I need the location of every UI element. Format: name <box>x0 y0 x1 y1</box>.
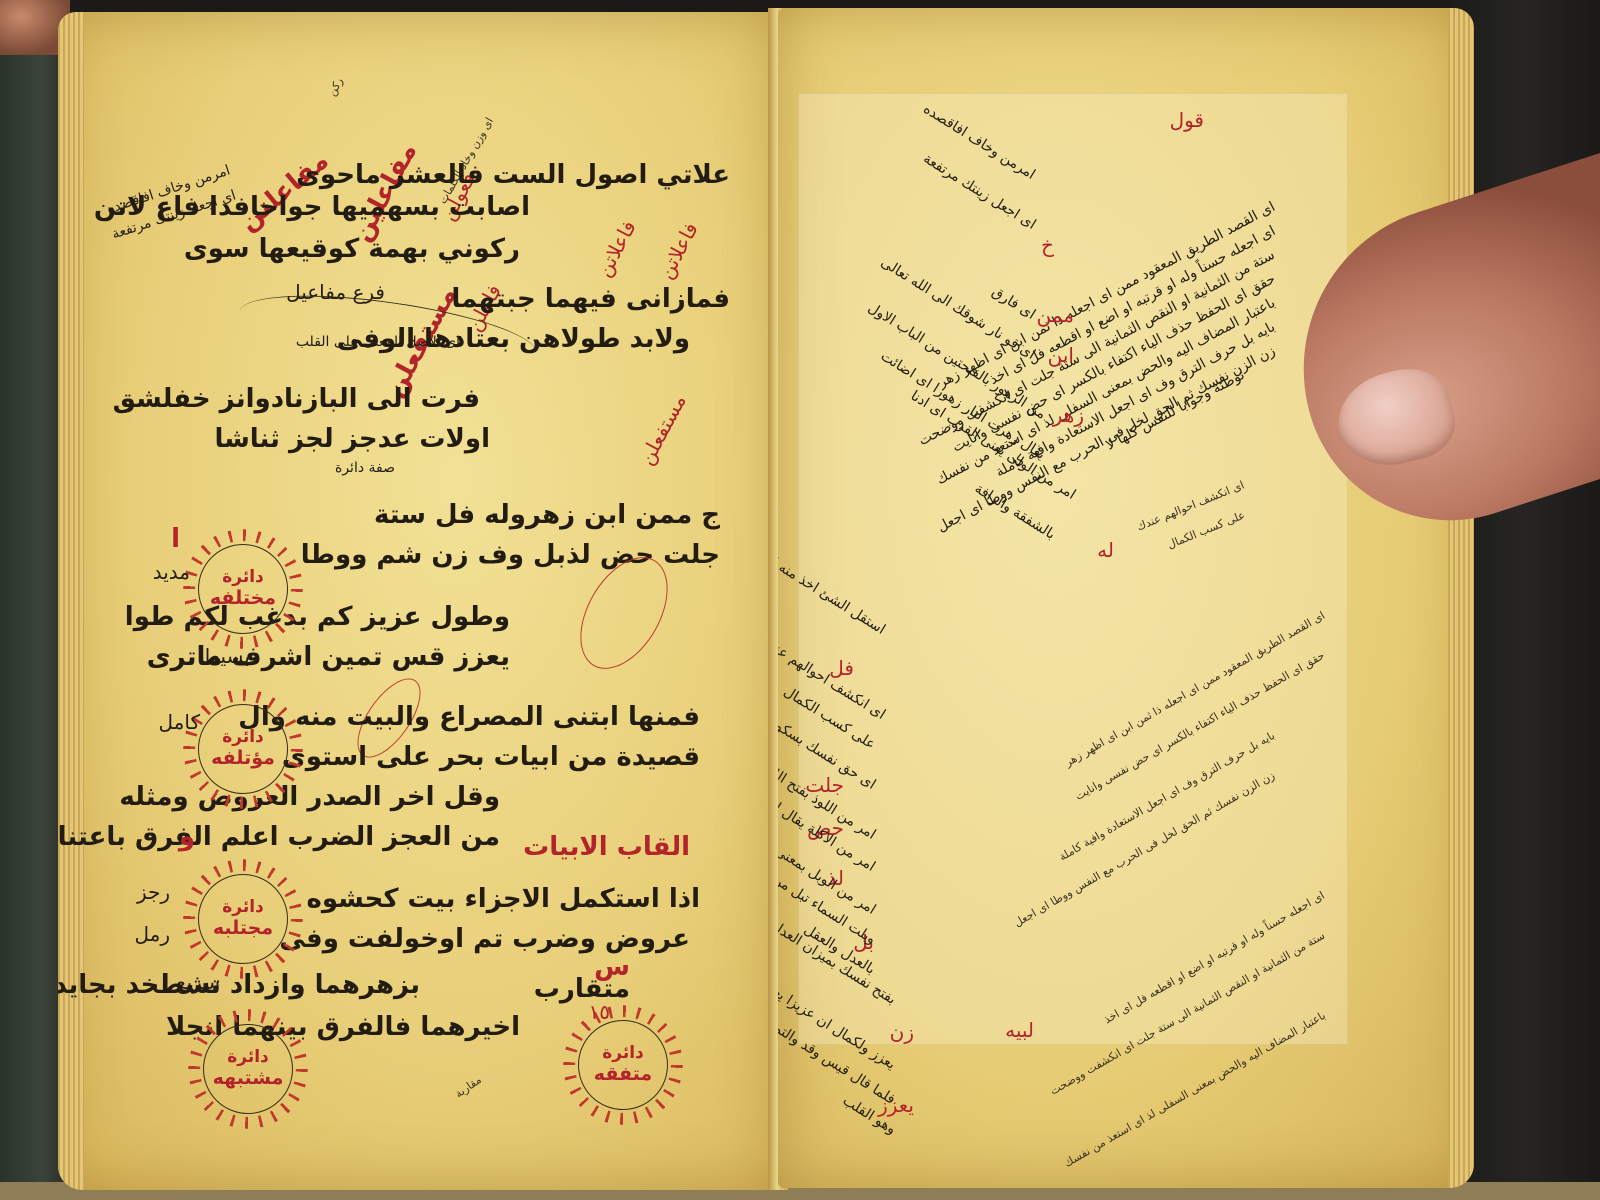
red-keyword: خ <box>1041 233 1054 257</box>
red-heading: مستفعلن <box>634 390 691 469</box>
verse-line: اذا استكمل الاجزاء بيت كحشوه <box>307 884 700 914</box>
marginal-note: اى الاصل المعنى على القلب <box>296 334 460 350</box>
manuscript-left-page: ركن اى وزن وخاذ الكلمات مفاعلين مفاعلتن … <box>58 12 780 1190</box>
prosody-circle-mujtaliba: دائرة مجتلبه <box>198 874 288 964</box>
section-heading: القاب الابيات <box>523 832 690 862</box>
verse-line: فرت الى البازنادوانز خفلشق <box>113 384 480 414</box>
verse-line: من العجز الضرب اعلم الفرق باعتنا <box>58 822 500 852</box>
manuscript-right-page: قول اى القصد الطريق المعقود ممن اى اجعله… <box>778 8 1474 1188</box>
page-edge-stack <box>58 12 84 1190</box>
verse-line: علاتي اصول الست فالعشر ماحوى <box>296 160 730 190</box>
marginal-note: صفة دائرة <box>335 460 395 476</box>
red-keyword: قول <box>1170 108 1204 132</box>
meter-name: سريع <box>176 970 220 994</box>
verse-line: وطول عزيز كم بدغب لكم طوا <box>125 602 510 632</box>
red-heading: فاعلاتن <box>653 218 703 283</box>
marginal-note: مقاربة <box>452 1073 483 1100</box>
verse-line: فمازانى فيهما جبتهما <box>451 284 730 314</box>
circle-letter: س <box>594 952 630 982</box>
circle-letter: و <box>179 822 195 852</box>
meter-name: بسيط <box>202 644 250 668</box>
circle-number: ١٥ <box>589 1000 610 1024</box>
meter-name: رمل <box>134 922 170 946</box>
meter-name: رجز <box>137 880 170 904</box>
red-keyword: لبيه <box>1005 1018 1034 1042</box>
red-keyword: زهر <box>1053 403 1084 427</box>
prosody-circle-muttafiqa: دائرة متفقه <box>578 1020 668 1110</box>
verse-line: فمنها ابتنى المصراع والبيت منه وال <box>238 702 700 732</box>
verse-line: ركوني بهمة كوقيعها سوى <box>184 234 520 264</box>
meter-name: كامل <box>159 710 200 734</box>
verse-line: اولات عدجز لجز ثناشا <box>214 424 490 454</box>
circle-letter: ا <box>171 524 180 554</box>
verse-line: وقل اخر الصدر العروض ومثله <box>119 782 500 812</box>
red-keyword: زن <box>890 1020 914 1044</box>
marginal-note: ركن <box>325 75 345 98</box>
verse-line: قصيدة من ابيات بحر على استوى <box>282 742 700 772</box>
red-heading: فاعلاتن <box>591 216 641 281</box>
red-keyword: ممن <box>1037 303 1075 327</box>
verse-line: ج ممن ابن زهروله فل ستة <box>374 500 720 530</box>
verse-line: عروض وضرب تم اوخولفت وفى <box>279 924 690 954</box>
red-keyword: له <box>1097 538 1114 562</box>
red-keyword: ابن <box>1048 343 1074 367</box>
meter-name: مديد <box>153 560 190 584</box>
prosody-circle-mutalifa: دائرة مؤتلفه <box>198 704 288 794</box>
page-edge-stack <box>1448 8 1474 1188</box>
prosody-circle-mushtabiha: دائرة مشتبهه <box>203 1024 293 1114</box>
prosody-circle-mukhtalifa: دائرة مختلفه <box>198 544 288 634</box>
